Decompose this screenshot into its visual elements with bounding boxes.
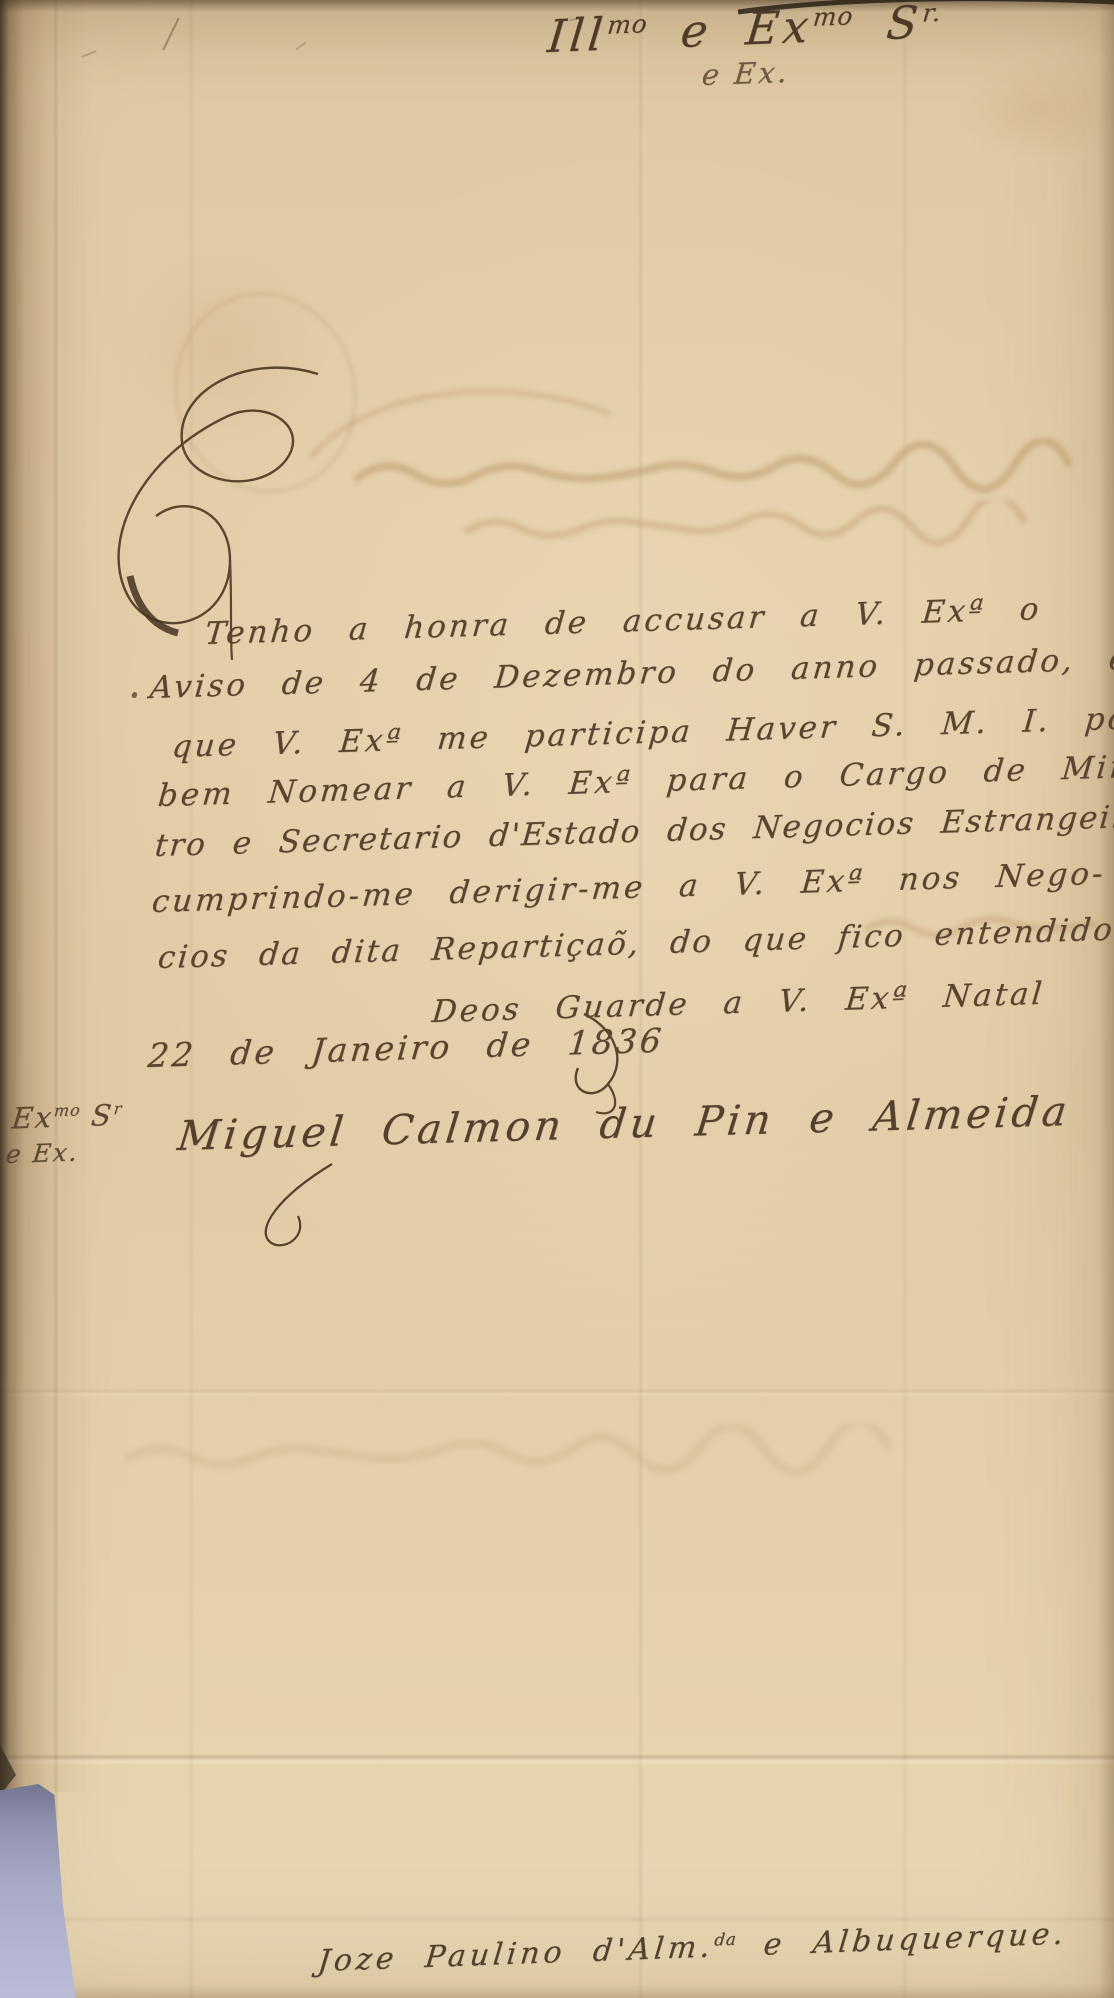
addressee-honorific: Illmo Exmo Sr	[0, 1098, 124, 1139]
header-salutation-sub: e Ex.	[700, 55, 792, 92]
binding-gutter-shadow	[0, 0, 92, 1792]
page-bottom-edge-shadow	[0, 1984, 1114, 1998]
page-right-edge-shadow	[1098, 0, 1114, 1998]
document-scan-page: Illmo e Exmo Sr. e Ex. Tenho a honra de …	[0, 0, 1114, 1998]
addressee-honorific-sub: e Ex.	[4, 1137, 80, 1169]
